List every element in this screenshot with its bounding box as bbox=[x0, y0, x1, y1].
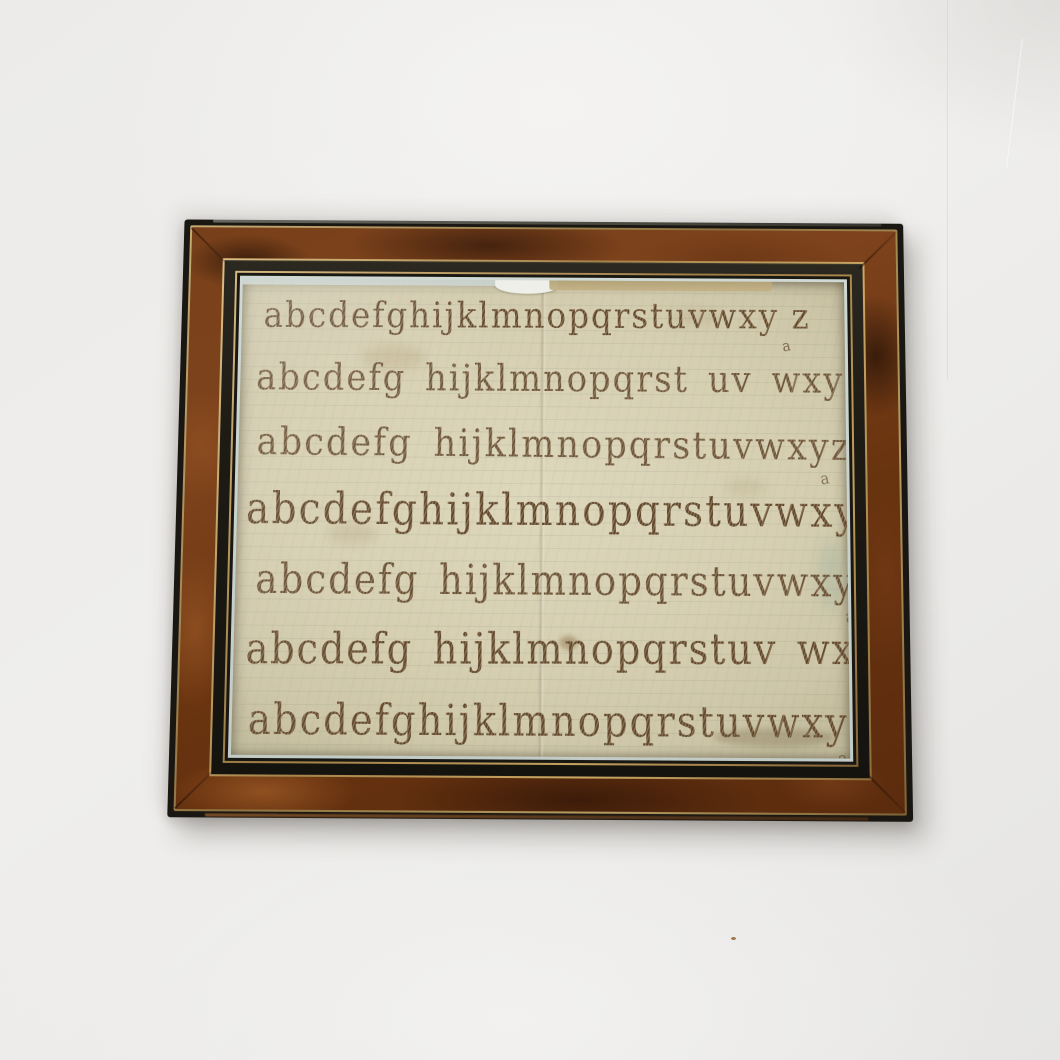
pen-flourish: a bbox=[820, 470, 833, 488]
alphabet-row-text: abcdefg hijklmnopqrstuv wxyz bbox=[245, 623, 850, 674]
sampler-paper: abcdefghijklmnopqrstuvwxy za abcdefg hij… bbox=[231, 279, 850, 759]
frame-miter-seam bbox=[191, 227, 229, 265]
backdrop-seam bbox=[947, 0, 948, 380]
picture-frame: abcdefghijklmnopqrstuvwxy za abcdefg hij… bbox=[167, 219, 913, 821]
frame-burl-wood-band: abcdefghijklmnopqrstuvwxy za abcdefg hij… bbox=[176, 227, 905, 813]
mat-liner: abcdefghijklmnopqrstuvwxy za abcdefg hij… bbox=[228, 276, 853, 762]
alphabet-row-3: abcdefg hijklmnopqrstuvwxyza bbox=[256, 423, 838, 467]
alphabet-row-6: abcdefg hijklmnopqrstuv wxyza bbox=[245, 627, 841, 671]
alphabet-row-7: abcdefghijklmnopqrstuvwxyza bbox=[248, 698, 842, 744]
frame-outer-trim: abcdefghijklmnopqrstuvwxy za abcdefg hij… bbox=[167, 219, 913, 821]
pen-flourish: a bbox=[781, 339, 794, 356]
alphabet-row-1: abcdefghijklmnopqrstuvwxy za bbox=[263, 297, 836, 334]
alphabet-row-text: abcdefghijklmnopqrstuvwxy z bbox=[263, 294, 811, 337]
photo-backdrop: abcdefghijklmnopqrstuvwxy za abcdefg hij… bbox=[0, 0, 1060, 1060]
backdrop-scratch bbox=[1006, 38, 1023, 167]
frame-gold-sight-edge: abcdefghijklmnopqrstuvwxy za abcdefg hij… bbox=[223, 271, 859, 767]
backdrop-speck bbox=[731, 937, 736, 940]
frame-gold-pinstripe-inner: abcdefghijklmnopqrstuvwxy za abcdefg hij… bbox=[209, 258, 872, 780]
glass-shadow-gap: abcdefghijklmnopqrstuvwxy za abcdefg hij… bbox=[225, 273, 857, 765]
pen-flourish: a bbox=[846, 539, 850, 559]
alphabet-row-5: abcdefg hijklmnopqrstuvwxyza bbox=[255, 559, 840, 603]
alphabet-row-text: abcdefghijklmnopqrstuvwxyz bbox=[246, 484, 851, 538]
alphabet-row-text: abcdefg hijklmnopqrstuvwxyz bbox=[255, 556, 850, 607]
frame-miter-seam bbox=[858, 231, 896, 269]
frame-inner-black-band: abcdefghijklmnopqrstuvwxy za abcdefg hij… bbox=[211, 260, 870, 778]
alphabet-row-4: abcdefghijklmnopqrstuvwxyza bbox=[246, 488, 840, 535]
pen-flourish: a bbox=[836, 749, 850, 759]
alphabet-row-text: abcdefg hijklmnopqrst uv wxy z bbox=[256, 356, 850, 403]
frame-miter-seam bbox=[865, 772, 906, 813]
alphabet-row-text: abcdefghijklmnopqrstuvwxyz bbox=[247, 694, 850, 747]
alphabet-rows: abcdefghijklmnopqrstuvwxy za abcdefg hij… bbox=[231, 279, 850, 759]
frame-gold-pinstripe-outer: abcdefghijklmnopqrstuvwxy za abcdefg hij… bbox=[174, 225, 907, 815]
alphabet-row-text: abcdefg hijklmnopqrstuvwxyz bbox=[256, 420, 850, 469]
alphabet-row-2: abcdefg hijklmnopqrst uv wxy za bbox=[256, 359, 838, 399]
frame-miter-seam bbox=[174, 768, 215, 809]
